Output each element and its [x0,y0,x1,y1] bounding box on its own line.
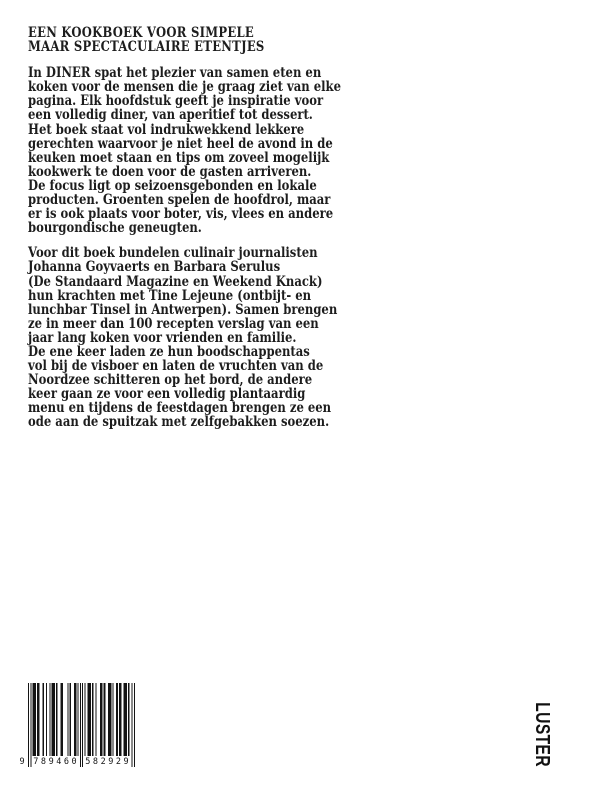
text-line: ode aan de spuitzak met zelfgebakken soe… [28,415,372,429]
text-line: ze in meer dan 100 recepten verslag van … [28,317,372,331]
barcode-bars-graphic [28,683,135,767]
text-line: vol bij de visboer en laten de vruchten … [28,359,372,373]
book-back-cover: EEN KOOKBOEK VOOR SIMPELEMAAR SPECTACULA… [0,0,593,800]
text-line: producten. Groenten spelen de hoofdrol, … [28,193,372,207]
barcode-digit: 6 [64,757,69,767]
barcode-digit: 5 [85,757,90,767]
text-line: kookwerk te doen voor de gasten arrivere… [28,165,372,179]
text-line: De focus ligt op seizoensgebonden en lok… [28,179,372,193]
barcode-digit: 2 [101,757,106,767]
text-line: keuken moet staan en tips om zoveel moge… [28,151,372,165]
barcode-digit: 4 [56,757,61,767]
text-line: koken voor de mensen die je graag ziet v… [28,80,372,94]
barcode-digit: 7 [33,757,38,767]
barcode-digit-group-right: 582929 [84,757,130,767]
text-line: De ene keer laden ze hun boodschappentas [28,345,372,359]
text-line: jaar lang koken voor vrienden en familie… [28,331,372,345]
text-line: bourgondische geneugten. [28,221,372,235]
text-line: EEN KOOKBOEK VOOR SIMPELE [28,26,372,40]
barcode: 9 789460 582929 [17,683,137,769]
text-line: (De Standaard Magazine en Weekend Knack) [28,275,372,289]
text-line: Voor dit boek bundelen culinair journali… [28,246,372,260]
back-cover-text: EEN KOOKBOEK VOOR SIMPELEMAAR SPECTACULA… [28,26,372,430]
barcode-digit: 8 [41,757,46,767]
publisher-logo: LUSTER [530,702,553,767]
text-line: er is ook plaats voor boter, vis, vlees … [28,207,372,221]
barcode-digit: 9 [19,757,24,767]
text-line: een volledig diner, van aperitief tot de… [28,108,372,122]
text-line: gerechten waarvoor je niet heel de avond… [28,137,372,151]
text-line: Johanna Goyvaerts en Barbara Serulus [28,260,372,274]
barcode-digit: 9 [49,757,54,767]
text-line: Het boek staat vol indrukwekkend lekkere [28,123,372,137]
text-line: menu en tijdens de feestdagen brengen ze… [28,401,372,415]
text-line: MAAR SPECTACULAIRE ETENTJES [28,40,372,54]
text-line: lunchbar Tinsel in Antwerpen). Samen bre… [28,303,372,317]
text-line: Noordzee schitteren op het bord, de ande… [28,373,372,387]
text-line: In DINER spat het plezier van samen eten… [28,66,372,80]
body-paragraph-1: In DINER spat het plezier van samen eten… [28,66,372,235]
barcode-digit: 9 [108,757,113,767]
barcode-digit: 2 [116,757,121,767]
barcode-digit: 8 [93,757,98,767]
barcode-digit: 9 [124,757,129,767]
body-paragraph-2: Voor dit boek bundelen culinair journali… [28,246,372,429]
barcode-digit-group-left: 789460 [32,757,78,767]
text-line: hun krachten met Tine Lejeune (ontbijt- … [28,289,372,303]
text-line: pagina. Elk hoofdstuk geeft je inspirati… [28,94,372,108]
barcode-digit: 0 [72,757,77,767]
barcode-digit-group-first: 9 [17,757,27,767]
text-line: keer gaan ze voor een volledig plantaard… [28,387,372,401]
tagline: EEN KOOKBOEK VOOR SIMPELEMAAR SPECTACULA… [28,26,372,54]
